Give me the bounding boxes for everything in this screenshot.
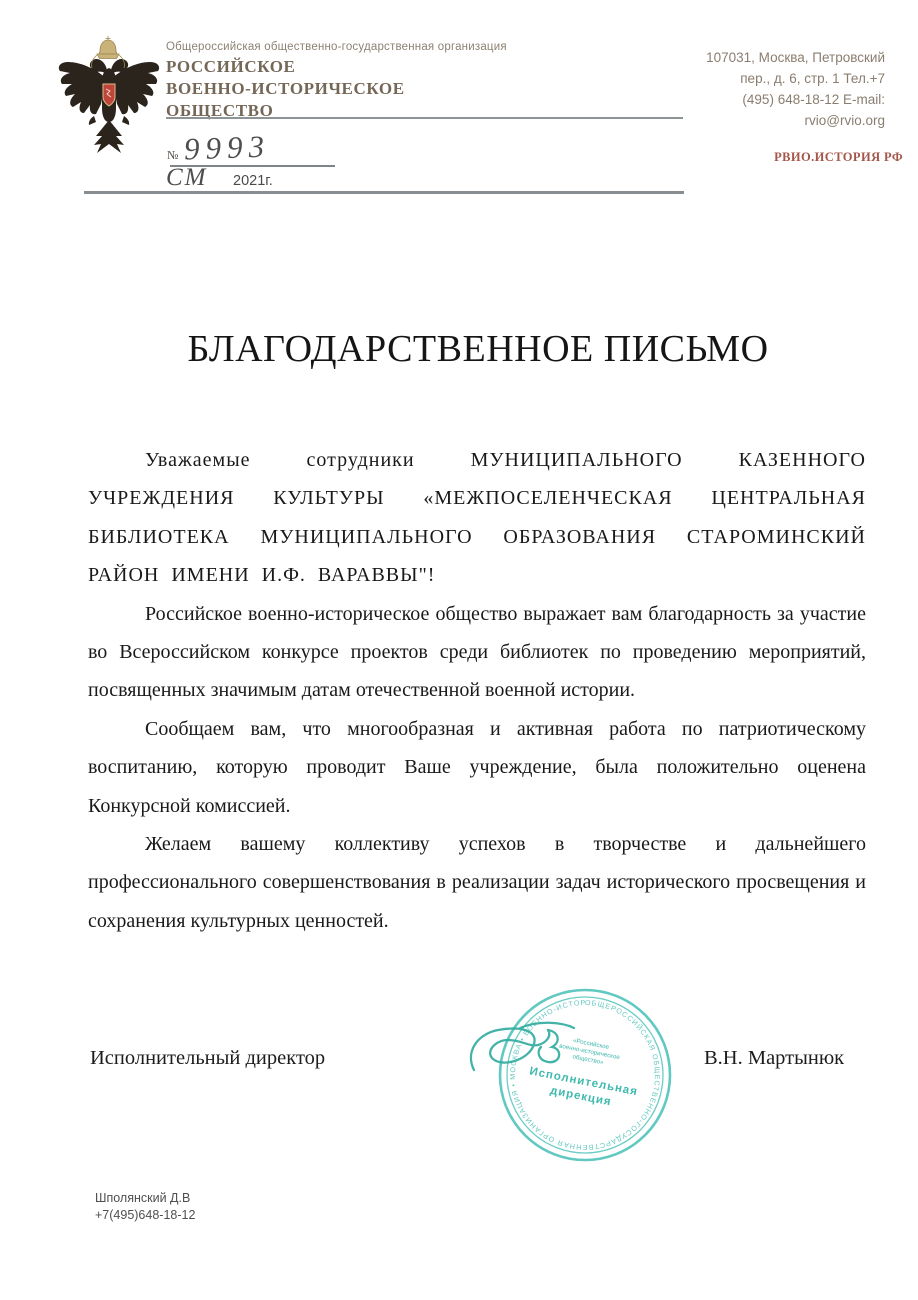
shield-icon [103,84,115,106]
contact-name: Шполянский Д.В [95,1190,195,1207]
header-divider-line [166,117,683,119]
signer-name: В.Н. Мартынюк [704,1047,844,1070]
address-line-3: (495) 648-18-12 E-mail: [640,89,885,110]
doc-code-handwritten: СМ [166,164,208,192]
org-type-line: Общероссийская общественно-государственн… [166,41,507,53]
address-line-2: пер., д. 6, стр. 1 Тел.+7 [640,68,885,89]
signer-position-title: Исполнительный директор [90,1047,325,1070]
org-site-line: РВИО.ИСТОРИЯ РФ [660,150,903,165]
doc-year: 2021г. [233,173,273,189]
address-line-1: 107031, Москва, Петровский [640,47,885,68]
org-name: РОССИЙСКОЕ ВОЕННО-ИСТОРИЧЕСКОЕ ОБЩЕСТВО [166,56,405,122]
letter-body: Уважаемые сотрудники МУНИЦИПАЛЬНОГО КАЗЕ… [88,441,866,940]
header-bottom-line [84,191,684,194]
body-paragraph-2: Российское военно-историческое общество … [88,595,866,710]
letter-title: БЛАГОДАРСТВЕННОЕ ПИСЬМО [88,327,868,371]
body-paragraph-3: Сообщаем вам, что многообразная и активн… [88,710,866,825]
doc-number-handwritten: 9993 [183,129,270,168]
handwritten-signature [462,1012,597,1090]
org-address-block: 107031, Москва, Петровский пер., д. 6, с… [640,47,885,131]
address-line-4: rvio@rvio.org [640,110,885,131]
double-headed-eagle-emblem [56,34,162,168]
org-name-line-1: РОССИЙСКОЕ [166,56,405,78]
letter-page: Общероссийская общественно-государственн… [0,0,918,1300]
body-paragraph-1: Уважаемые сотрудники МУНИЦИПАЛЬНОГО КАЗЕ… [88,441,866,595]
footer-contact-block: Шполянский Д.В +7(495)648-18-12 [95,1190,195,1224]
doc-number-label: № [167,148,178,163]
org-name-line-2: ВОЕННО-ИСТОРИЧЕСКОЕ [166,78,405,100]
body-paragraph-4: Желаем вашему коллективу успехов в творч… [88,825,866,940]
contact-phone: +7(495)648-18-12 [95,1207,195,1224]
